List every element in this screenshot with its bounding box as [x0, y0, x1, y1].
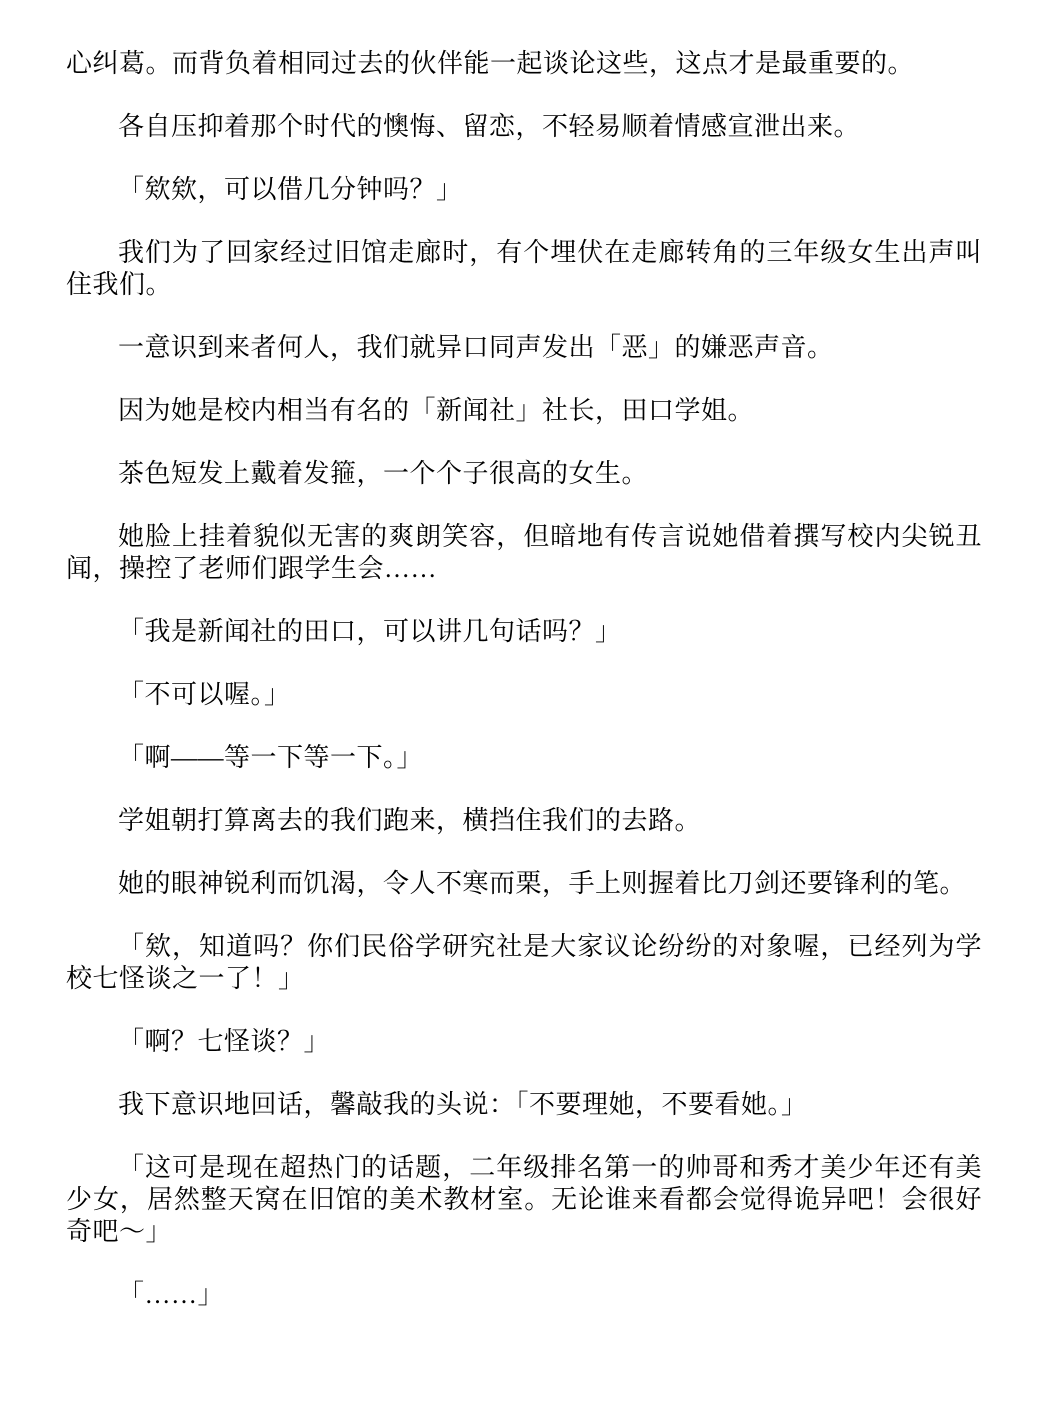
paragraph: 一意识到来者何人，我们就异口同声发出「恶」的嫌恶声音。 [66, 332, 982, 364]
paragraph: 「欸，知道吗？你们民俗学研究社是大家议论纷纷的对象喔，已经列为学校七怪谈之一了！… [66, 931, 982, 995]
paragraph: 我们为了回家经过旧馆走廊时，有个埋伏在走廊转角的三年级女生出声叫住我们。 [66, 237, 982, 301]
paragraph: 她脸上挂着貌似无害的爽朗笑容，但暗地有传言说她借着撰写校内尖锐丑闻，操控了老师们… [66, 521, 982, 585]
paragraph: 学姐朝打算离去的我们跑来，横挡住我们的去路。 [66, 805, 982, 837]
paragraph: 心纠葛。而背负着相同过去的伙伴能一起谈论这些，这点才是最重要的。 [66, 48, 982, 80]
paragraph: 「这可是现在超热门的话题，二年级排名第一的帅哥和秀才美少年还有美少女，居然整天窝… [66, 1152, 982, 1248]
paragraph: 茶色短发上戴着发箍，一个个子很高的女生。 [66, 458, 982, 490]
paragraph: 「啊——等一下等一下。」 [66, 742, 982, 774]
paragraph: 「欸欸，可以借几分钟吗？」 [66, 174, 982, 206]
document-page: 心纠葛。而背负着相同过去的伙伴能一起谈论这些，这点才是最重要的。各自压抑着那个时… [0, 0, 1046, 1402]
page-body: 心纠葛。而背负着相同过去的伙伴能一起谈论这些，这点才是最重要的。各自压抑着那个时… [66, 48, 982, 1311]
paragraph: 「……」 [66, 1279, 982, 1311]
paragraph: 「我是新闻社的田口，可以讲几句话吗？」 [66, 616, 982, 648]
paragraph: 她的眼神锐利而饥渴，令人不寒而栗，手上则握着比刀剑还要锋利的笔。 [66, 868, 982, 900]
paragraph: 我下意识地回话，馨敲我的头说：「不要理她，不要看她。」 [66, 1089, 982, 1121]
paragraph: 各自压抑着那个时代的懊悔、留恋，不轻易顺着情感宣泄出来。 [66, 111, 982, 143]
paragraph: 「不可以喔。」 [66, 679, 982, 711]
paragraph: 因为她是校内相当有名的「新闻社」社长，田口学姐。 [66, 395, 982, 427]
paragraph: 「啊？七怪谈？」 [66, 1026, 982, 1058]
